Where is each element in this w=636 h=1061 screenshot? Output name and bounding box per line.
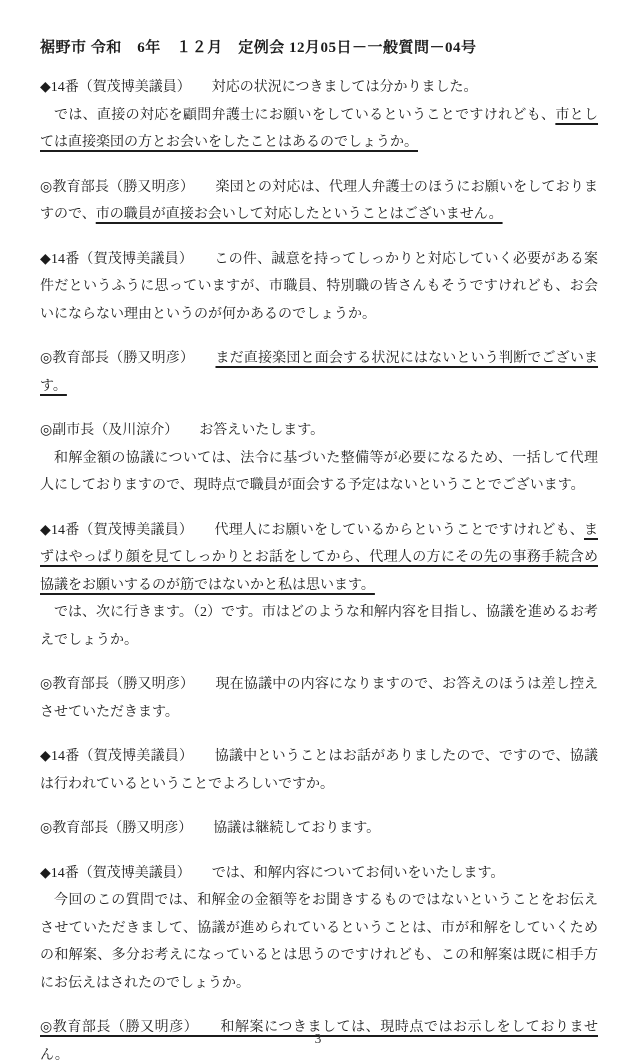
paragraph: ◆14番（賀茂博美議員） では、和解内容についてお伺いをいたします。 [40, 860, 598, 888]
paragraph: 和解金額の協議については、法令に基づいた整備等が必要になるため、一括して代理人に… [40, 445, 598, 500]
speech-block: ◎教育部長（勝又明彦） 楽団との対応は、代理人弁護士のほうにお願いをしております… [40, 174, 598, 229]
paragraph: ◎教育部長（勝又明彦） 楽団との対応は、代理人弁護士のほうにお願いをしております… [40, 174, 598, 229]
speech-block: ◆14番（賀茂博美議員） この件、誠意を持ってしっかりと対応していく必要がある案… [40, 246, 598, 329]
document-body: ◆14番（賀茂博美議員） 対応の状況につきましては分かりました。では、直接の対応… [40, 74, 598, 1061]
text-run: ◆14番（賀茂博美議員） 対応の状況につきましては分かりました。 [40, 80, 478, 95]
speech-block: ◎教育部長（勝又明彦） まだ直接楽団と面会する状況にはないという判断でございます… [40, 345, 598, 400]
paragraph: ◎教育部長（勝又明彦） まだ直接楽団と面会する状況にはないという判断でございます… [40, 345, 598, 400]
text-run: ◎教育部長（勝又明彦） 現在協議中の内容になりますので、お答えのほうは差し控えさ… [40, 677, 598, 720]
text-run: ◎教育部長（勝又明彦） 協議は継続しております。 [40, 821, 380, 836]
text-run: ◆14番（賀茂博美議員） 協議中ということはお話がありましたので、ですので、協議… [40, 749, 598, 792]
text-run: ◆14番（賀茂博美議員） この件、誠意を持ってしっかりと対応していく必要がある案… [40, 252, 598, 322]
underlined-text-run: 市の職員が直接お会いして対応したということはございません。 [96, 207, 503, 222]
paragraph: ◆14番（賀茂博美議員） 協議中ということはお話がありましたので、ですので、協議… [40, 743, 598, 798]
speech-block: ◆14番（賀茂博美議員） 協議中ということはお話がありましたので、ですので、協議… [40, 743, 598, 798]
text-run: ◎副市長（及川涼介） お答えいたします。 [40, 423, 324, 438]
paragraph: ◎副市長（及川涼介） お答えいたします。 [40, 417, 598, 445]
paragraph: ◆14番（賀茂博美議員） 代理人にお願いをしているからということですけれども、ま… [40, 517, 598, 600]
speech-block: ◎教育部長（勝又明彦） 現在協議中の内容になりますので、お答えのほうは差し控えさ… [40, 671, 598, 726]
speech-block: ◎副市長（及川涼介） お答えいたします。和解金額の協議については、法令に基づいた… [40, 417, 598, 500]
speech-block: ◆14番（賀茂博美議員） 対応の状況につきましては分かりました。では、直接の対応… [40, 74, 598, 157]
paragraph: ◎教育部長（勝又明彦） 現在協議中の内容になりますので、お答えのほうは差し控えさ… [40, 671, 598, 726]
text-run: ◎教育部長（勝又明彦） [40, 351, 215, 366]
paragraph: 今回のこの質問では、和解金の金額等をお聞きするものではないということをお伝えさせ… [40, 887, 598, 997]
document-page: 裾野市 令和 6年 １２月 定例会 12月05日－一般質問－04号 ◆14番（賀… [0, 0, 636, 1061]
paragraph: ◆14番（賀茂博美議員） 対応の状況につきましては分かりました。 [40, 74, 598, 102]
document-header: 裾野市 令和 6年 １２月 定例会 12月05日－一般質問－04号 [40, 36, 598, 57]
speech-block: ◆14番（賀茂博美議員） 代理人にお願いをしているからということですけれども、ま… [40, 517, 598, 655]
text-run: では、次に行きます。（2）です。市はどのような和解内容を目指し、協議を進めるお考… [40, 605, 598, 648]
speech-block: ◆14番（賀茂博美議員） では、和解内容についてお伺いをいたします。今回のこの質… [40, 860, 598, 998]
text-run: 和解金額の協議については、法令に基づいた整備等が必要になるため、一括して代理人に… [40, 451, 598, 494]
speech-block: ◎教育部長（勝又明彦） 協議は継続しております。 [40, 815, 598, 843]
paragraph: ◆14番（賀茂博美議員） この件、誠意を持ってしっかりと対応していく必要がある案… [40, 246, 598, 329]
paragraph: ◎教育部長（勝又明彦） 協議は継続しております。 [40, 815, 598, 843]
text-run: ◆14番（賀茂博美議員） 代理人にお願いをしているからということですけれども、 [40, 523, 584, 538]
text-run: ◆14番（賀茂博美議員） では、和解内容についてお伺いをいたします。 [40, 866, 504, 881]
text-run: 今回のこの質問では、和解金の金額等をお聞きするものではないということをお伝えさせ… [40, 893, 598, 991]
paragraph: では、直接の対応を顧問弁護士にお願いをしているということですけれども、市としては… [40, 102, 598, 157]
paragraph: では、次に行きます。（2）です。市はどのような和解内容を目指し、協議を進めるお考… [40, 599, 598, 654]
page-number: 3 [0, 1031, 636, 1047]
text-run: では、直接の対応を顧問弁護士にお願いをしているということですけれども、 [54, 108, 555, 123]
